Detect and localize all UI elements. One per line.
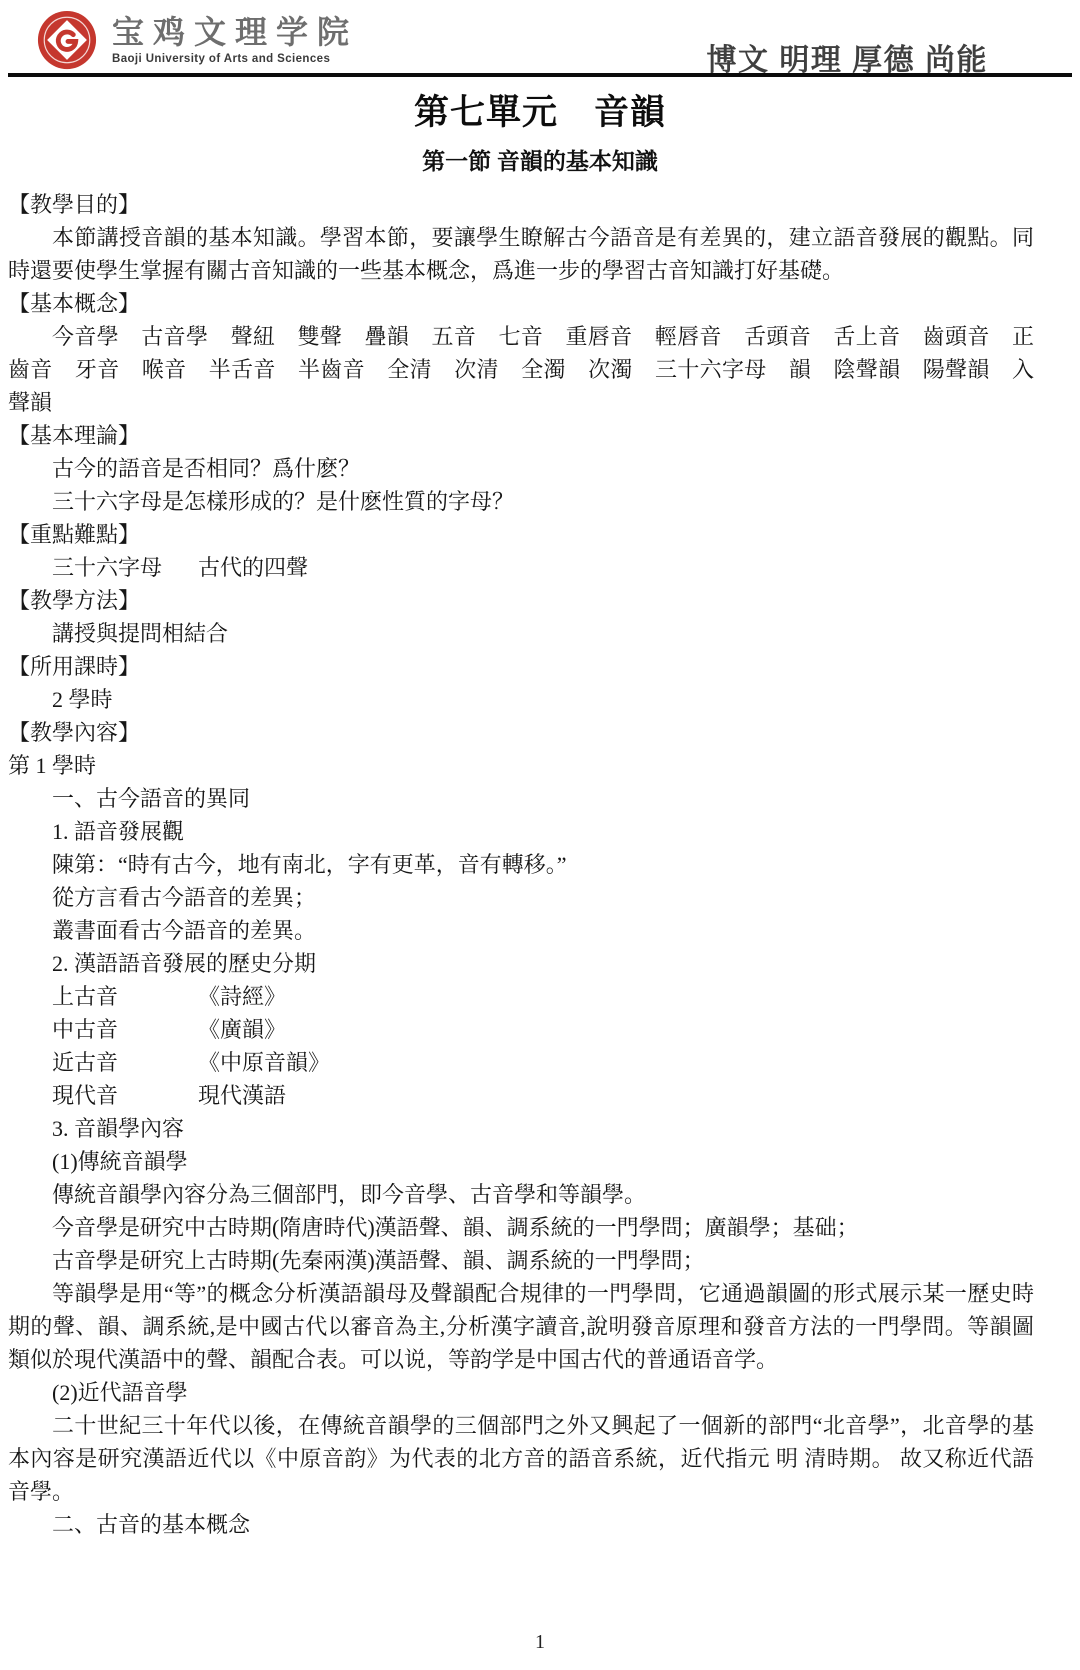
pair-value: 《中原音韻》 [198, 1050, 330, 1075]
university-names: 宝鸡文理学院 Baoji University of Arts and Scie… [112, 9, 358, 66]
unit-title: 第七單元 音韻 [0, 92, 1080, 134]
doc-line: (1)傳統音韻學 [8, 1145, 1034, 1178]
doc-line: 三十六字母是怎樣形成的？是什麽性質的字母？ [8, 485, 1034, 518]
document-body: 【教學目的】本節講授音韻的基本知識。學習本節，要讓學生瞭解古今語音是有差異的，建… [0, 177, 1080, 1541]
doc-line: 【基本概念】 [8, 287, 1034, 320]
doc-line: 本節講授音韻的基本知識。學習本節，要讓學生瞭解古今語音是有差異的，建立語音發展的… [8, 221, 1034, 287]
doc-line: 中古音《廣韻》 [8, 1013, 1034, 1046]
university-logo-icon [36, 9, 98, 76]
doc-line: 2. 漢語語音發展的歷史分期 [8, 947, 1034, 980]
doc-line: 從方言看古今語音的差異； [8, 881, 1034, 914]
section-title: 第一節 音韻的基本知識 [0, 147, 1080, 177]
document-page: 宝鸡文理学院 Baoji University of Arts and Scie… [0, 0, 1080, 1670]
doc-line: 上古音《詩經》 [8, 980, 1034, 1013]
doc-line: 3. 音韻學內容 [8, 1112, 1034, 1145]
doc-line: 1. 語音發展觀 [8, 815, 1034, 848]
pair-term: 上古音 [52, 980, 198, 1013]
doc-line: 【教學目的】 [8, 188, 1034, 221]
doc-line: 講授與提問相結合 [8, 617, 1034, 650]
doc-line: 現代音現代漢語 [8, 1079, 1034, 1112]
page-header: 宝鸡文理学院 Baoji University of Arts and Scie… [0, 0, 1080, 73]
doc-line: (2)近代語音學 [8, 1376, 1034, 1409]
university-motto: 博文 明理 厚德 尚能 [706, 9, 1080, 79]
pair-value: 《詩經》 [198, 984, 286, 1009]
pair-value: 古代的四聲 [198, 555, 308, 580]
doc-line: 【教學方法】 [8, 584, 1034, 617]
doc-line: 傳統音韻學內容分為三個部門，即今音學、古音學和等韻學。 [8, 1178, 1034, 1211]
doc-line: 三十六字母古代的四聲 [8, 551, 1034, 584]
doc-line: 二十世紀三十年代以後，在傳統音韻學的三個部門之外又興起了一個新的部門“北音學”，… [8, 1409, 1034, 1508]
doc-line: 叢書面看古今語音的差異。 [8, 914, 1034, 947]
doc-line: 【教學內容】 [8, 716, 1034, 749]
pair-term: 中古音 [52, 1013, 198, 1046]
pair-term: 近古音 [52, 1046, 198, 1079]
doc-line: 第 1 學時 [8, 749, 1034, 782]
doc-line: 陳第：“時有古今，地有南北，字有更革，音有轉移。” [8, 848, 1034, 881]
doc-line: 等韻學是用“等”的概念分析漢語韻母及聲韻配合規律的一門學問，它通過韻圖的形式展示… [8, 1277, 1034, 1376]
university-name-en: Baoji University of Arts and Sciences [112, 52, 358, 66]
doc-line: 近古音《中原音韻》 [8, 1046, 1034, 1079]
doc-line: 古音學是研究上古時期(先秦兩漢)漢語聲、韻、調系統的一門學問； [8, 1244, 1034, 1277]
pair-term: 現代音 [52, 1079, 198, 1112]
doc-line: 一、古今語音的異同 [8, 782, 1034, 815]
pair-value: 《廣韻》 [198, 1017, 286, 1042]
pair-term: 三十六字母 [52, 551, 198, 584]
doc-line: 二、古音的基本概念 [8, 1508, 1034, 1541]
page-number: 1 [0, 1631, 1080, 1654]
pair-value: 現代漢語 [198, 1083, 286, 1108]
doc-line: 【基本理論】 [8, 419, 1034, 452]
doc-line: 今音學是研究中古時期(隋唐時代)漢語聲、韻、調系統的一門學問；廣韻學；基础； [8, 1211, 1034, 1244]
doc-line: 今音學 古音學 聲紐 雙聲 疊韻 五音 七音 重唇音 輕唇音 舌頭音 舌上音 齒… [8, 320, 1034, 419]
doc-line: 古今的語音是否相同？爲什麽？ [8, 452, 1034, 485]
university-name-zh: 宝鸡文理学院 [112, 15, 358, 49]
doc-line: 【重點難點】 [8, 518, 1034, 551]
doc-line: 【所用課時】 [8, 650, 1034, 683]
doc-line: 2 學時 [8, 683, 1034, 716]
